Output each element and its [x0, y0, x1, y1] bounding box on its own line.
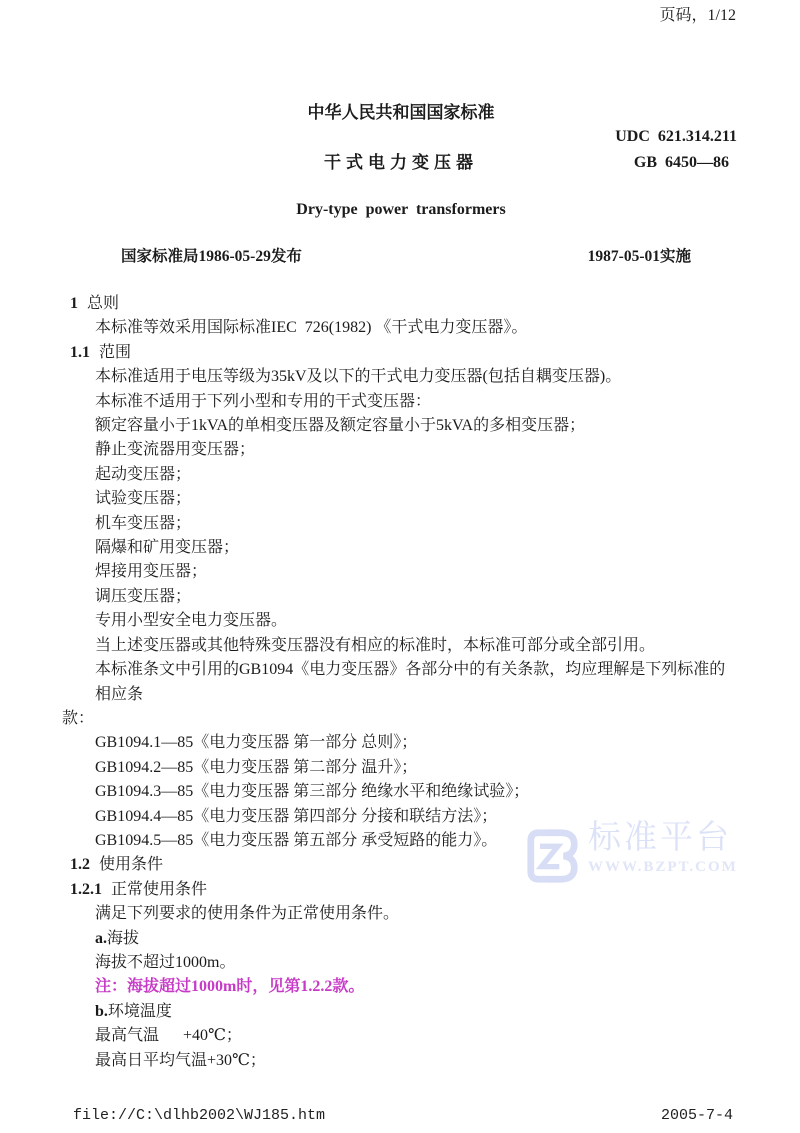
section-heading: a.海拔: [62, 927, 740, 951]
body-line: 本标准等效采用国际标准IEC 726(1982) 《干式电力变压器》。: [62, 316, 740, 340]
line-text: 环境温度: [108, 1003, 172, 1020]
body-line: 本标准适用于电压等级为35kV及以下的干式电力变压器(包括自耦变压器)。: [62, 365, 740, 389]
body-line: GB1094.2—85《电力变压器 第二部分 温升》；: [62, 756, 740, 780]
body-line: 焊接用变压器；: [62, 560, 740, 584]
body-line: 本标准条文中引用的GB1094《电力变压器》各部分中的有关条款，均应理解是下列标…: [62, 658, 740, 707]
document-body: 1总则本标准等效采用国际标准IEC 726(1982) 《干式电力变压器》。1.…: [62, 292, 740, 1073]
document-page: 页码，1/12 中华人民共和国国家标准 UDC 621.314.211 干式电力…: [0, 0, 800, 1133]
line-text: 本标准不适用于下列小型和专用的干式变压器：: [95, 393, 431, 410]
line-text: GB1094.4—85《电力变压器 第四部分 分接和联结方法》；: [95, 808, 497, 825]
body-line: 机车变压器；: [62, 512, 740, 536]
body-line: 静止变流器用变压器；: [62, 438, 740, 462]
body-line: 海拔不超过1000m。: [62, 951, 740, 975]
line-text: 隔爆和矿用变压器；: [95, 539, 239, 556]
line-text: GB1094.5—85《电力变压器 第五部分 承受短路的能力》。: [95, 832, 497, 849]
line-text: 正常使用条件: [111, 881, 207, 898]
line-text: 本标准等效采用国际标准IEC 726(1982) 《干式电力变压器》。: [95, 319, 527, 336]
line-text: 总则: [87, 295, 119, 312]
document-content: 中华人民共和国国家标准 UDC 621.314.211 干式电力变压器 GB 6…: [62, 102, 740, 1073]
line-text: 款：: [62, 710, 94, 727]
doc-title-en: Dry-type power transformers: [62, 200, 740, 220]
body-line: 满足下列要求的使用条件为正常使用条件。: [62, 902, 740, 926]
udc-number: UDC 621.314.211: [62, 126, 740, 148]
line-text: 使用条件: [99, 856, 163, 873]
line-text: 起动变压器；: [95, 466, 191, 483]
footer-file-path: file://C:\dlhb2002\WJ185.htm: [73, 1106, 325, 1126]
line-text: GB1094.1—85《电力变压器 第一部分 总则》；: [95, 734, 417, 751]
section-heading: 1.2使用条件: [62, 853, 740, 877]
section-heading: b.环境温度: [62, 1000, 740, 1024]
body-line: 最高气温 +40℃；: [62, 1024, 740, 1048]
footer-date: 2005-7-4: [661, 1106, 733, 1126]
issue-row: 国家标准局1986-05-29发布 1987-05-01实施: [62, 246, 740, 268]
section-heading: 1.1范围: [62, 341, 740, 365]
line-text: GB1094.2—85《电力变压器 第二部分 温升》；: [95, 759, 417, 776]
line-text: 专用小型安全电力变压器。: [95, 612, 287, 629]
line-text: 本标准条文中引用的GB1094《电力变压器》各部分中的有关条款，均应理解是下列标…: [95, 661, 725, 702]
body-line: 起动变压器；: [62, 463, 740, 487]
page-number-label: 页码，1/12: [0, 0, 800, 26]
line-text: 额定容量小于1kVA的单相变压器及额定容量小于5kVA的多相变压器；: [95, 417, 585, 434]
body-line: GB1094.5—85《电力变压器 第五部分 承受短路的能力》。: [62, 829, 740, 853]
section-number: a.: [95, 930, 107, 947]
note-line: 注：海拔超过1000m时，见第1.2.2款。: [62, 975, 740, 999]
section-heading: 1总则: [62, 292, 740, 316]
line-text: 满足下列要求的使用条件为正常使用条件。: [95, 905, 399, 922]
body-line: 隔爆和矿用变压器；: [62, 536, 740, 560]
section-number: 1: [70, 295, 78, 312]
line-text: 机车变压器；: [95, 515, 191, 532]
line-text: 范围: [99, 344, 131, 361]
section-number: 1.2: [70, 856, 90, 873]
body-line: 调压变压器；: [62, 585, 740, 609]
body-line: 额定容量小于1kVA的单相变压器及额定容量小于5kVA的多相变压器；: [62, 414, 740, 438]
standard-org-title: 中华人民共和国国家标准: [62, 102, 740, 124]
line-text: 最高气温 +40℃；: [95, 1027, 242, 1044]
body-line: 本标准不适用于下列小型和专用的干式变压器：: [62, 390, 740, 414]
section-number: b.: [95, 1003, 108, 1020]
section-number: 1.1: [70, 344, 90, 361]
section-heading: 1.2.1正常使用条件: [62, 878, 740, 902]
line-text: 调压变压器；: [95, 588, 191, 605]
line-text: GB1094.3—85《电力变压器 第三部分 绝缘水平和绝缘试验》；: [95, 783, 529, 800]
body-line: 专用小型安全电力变压器。: [62, 609, 740, 633]
body-line: 款：: [62, 707, 740, 731]
line-text: 当上述变压器或其他特殊变压器没有相应的标准时，本标准可部分或全部引用。: [95, 637, 655, 654]
line-text: 静止变流器用变压器；: [95, 441, 255, 458]
implement-date: 1987-05-01实施: [588, 246, 691, 268]
line-text: 海拔: [107, 930, 139, 947]
standard-number: GB 6450—86: [634, 152, 729, 174]
print-footer: file://C:\dlhb2002\WJ185.htm 2005-7-4: [0, 1106, 800, 1126]
body-line: 当上述变压器或其他特殊变压器没有相应的标准时，本标准可部分或全部引用。: [62, 634, 740, 658]
issue-date: 国家标准局1986-05-29发布: [121, 246, 302, 268]
body-line: 试验变压器；: [62, 487, 740, 511]
body-line: GB1094.4—85《电力变压器 第四部分 分接和联结方法》；: [62, 805, 740, 829]
title-row: 干式电力变压器 GB 6450—86: [62, 152, 740, 174]
section-number: 1.2.1: [70, 881, 102, 898]
line-text: 最高日平均气温+30℃；: [95, 1052, 266, 1069]
body-line: 最高日平均气温+30℃；: [62, 1049, 740, 1073]
line-text: 注：海拔超过1000m时，见第1.2.2款。: [95, 978, 364, 995]
line-text: 海拔不超过1000m。: [95, 954, 235, 971]
body-line: GB1094.3—85《电力变压器 第三部分 绝缘水平和绝缘试验》；: [62, 780, 740, 804]
body-line: GB1094.1—85《电力变压器 第一部分 总则》；: [62, 731, 740, 755]
line-text: 本标准适用于电压等级为35kV及以下的干式电力变压器(包括自耦变压器)。: [95, 368, 621, 385]
line-text: 焊接用变压器；: [95, 563, 207, 580]
line-text: 试验变压器；: [95, 490, 191, 507]
